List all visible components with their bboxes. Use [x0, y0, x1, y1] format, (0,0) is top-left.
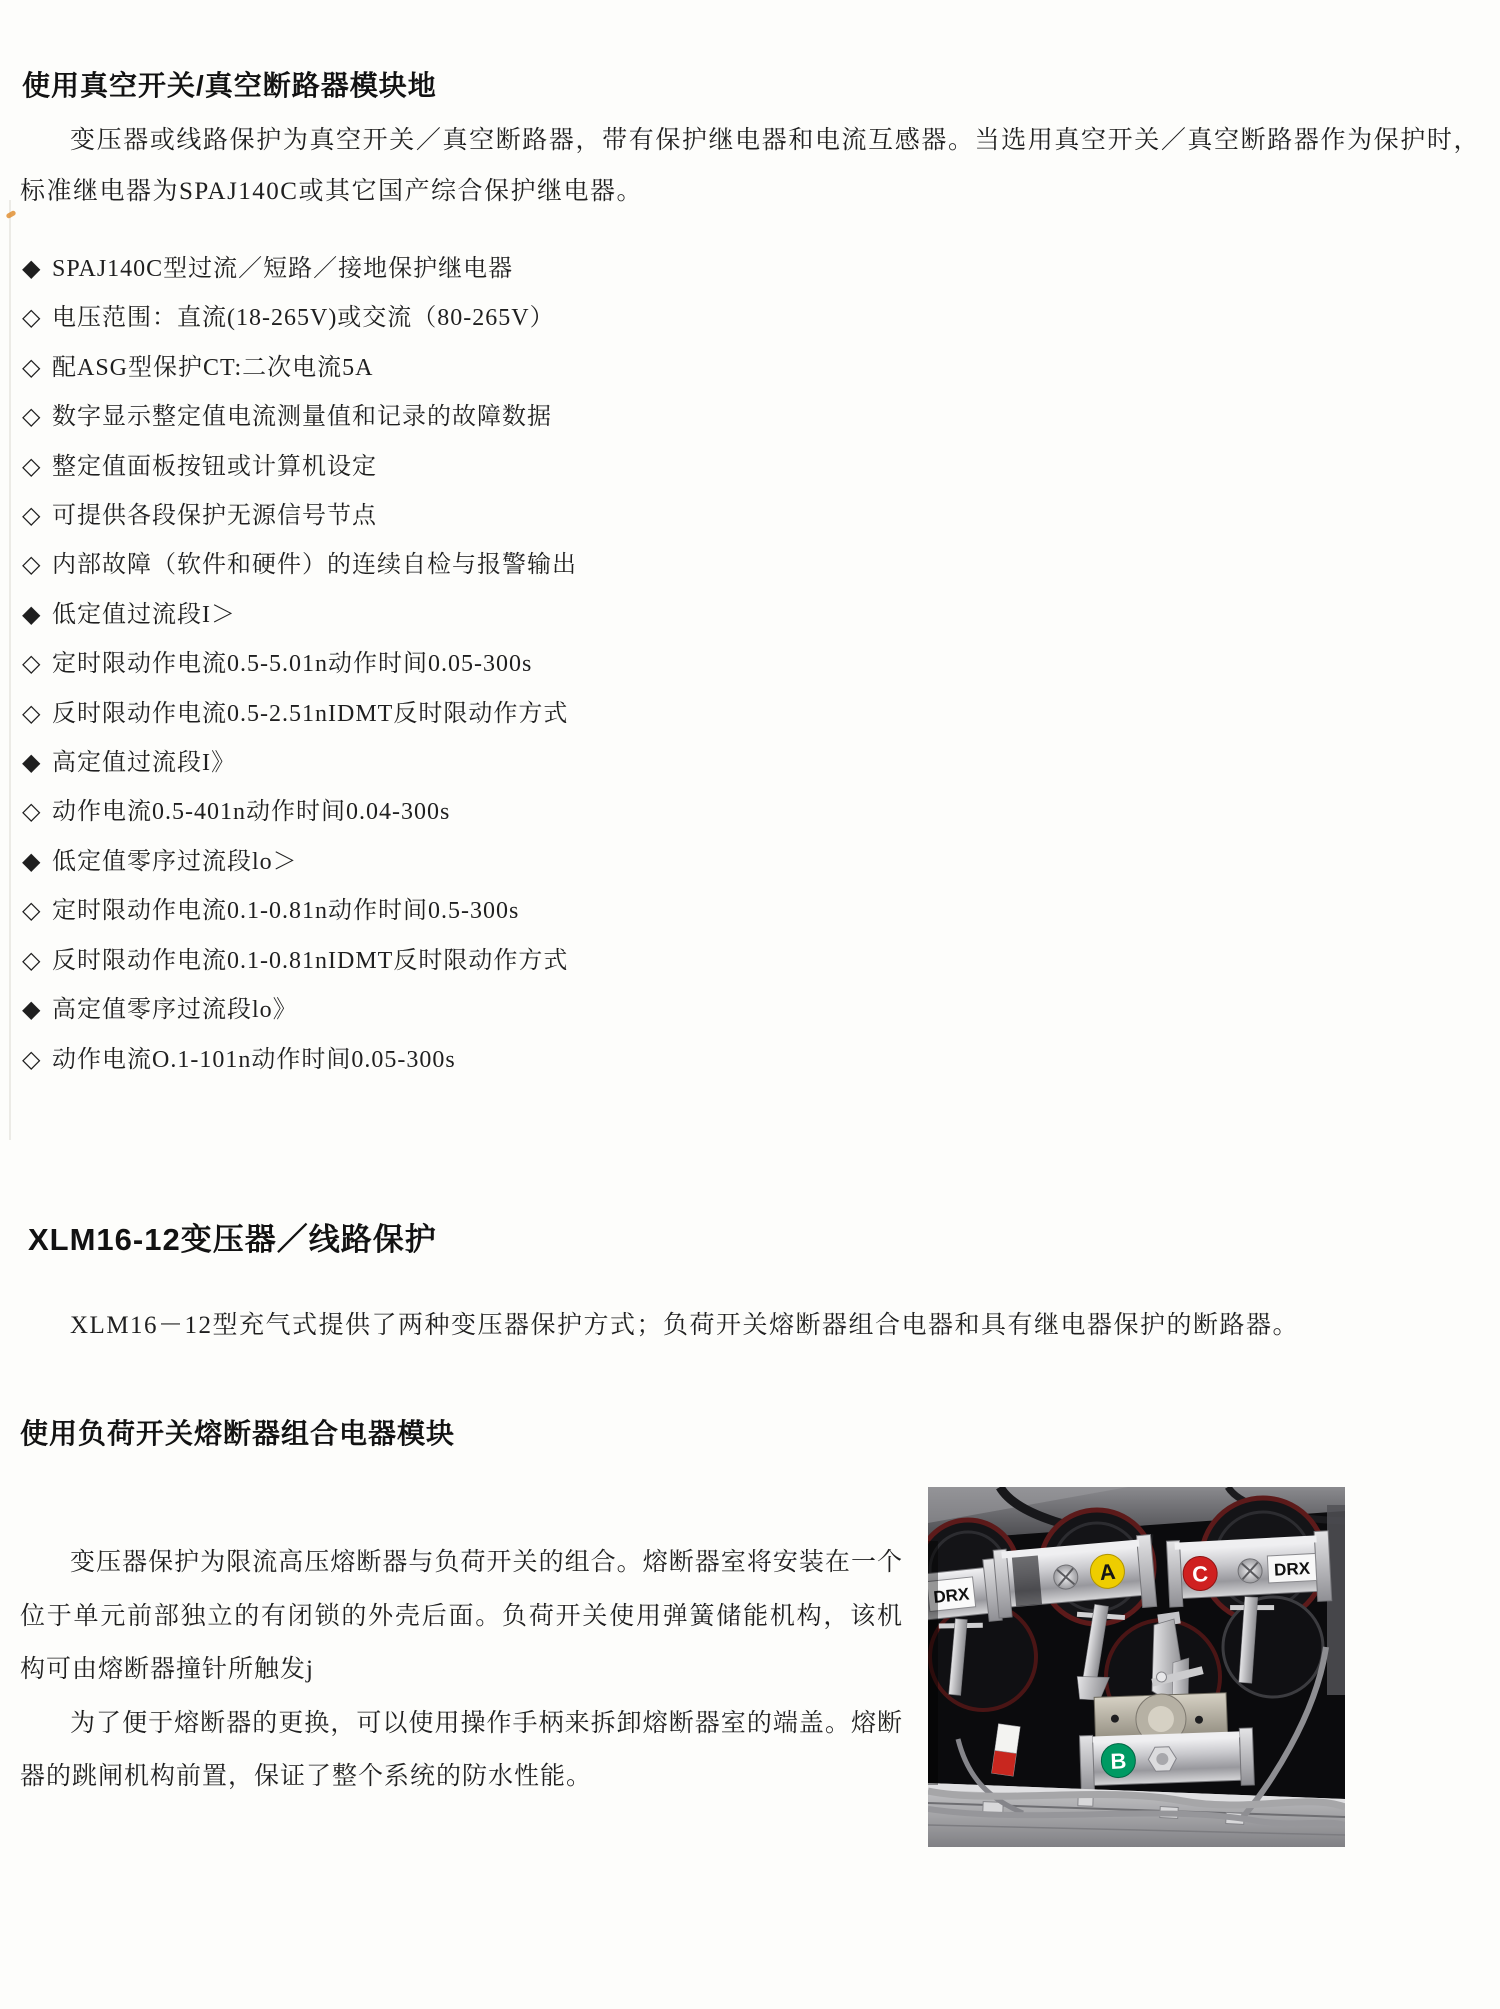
- phase-a-letter: A: [1098, 1559, 1116, 1585]
- fuse-compartment-photo: DRX A: [928, 1487, 1345, 1847]
- drx-label-right: DRX: [1274, 1559, 1311, 1580]
- phase-b-letter: B: [1110, 1748, 1127, 1774]
- spec-item: ◇反时限动作电流0.1-0.81nIDMT反时限动作方式: [22, 937, 577, 986]
- spec-item: ◇反时限动作电流0.5-2.51nIDMT反时限动作方式: [22, 690, 577, 739]
- spec-text: 电压范围：直流(18-265V)或交流（80-265V）: [52, 305, 555, 331]
- spec-text: 数字显示整定值电流测量值和记录的故障数据: [52, 404, 552, 430]
- diamond-filled-icon: ◆: [22, 739, 52, 788]
- section-title-fuse-module: 使用负荷开关熔断器组合电器模块: [20, 1412, 455, 1452]
- spec-text: 反时限动作电流0.5-2.51nIDMT反时限动作方式: [52, 701, 568, 727]
- spec-item: ◆低定值零序过流段lo＞: [22, 838, 577, 887]
- diamond-filled-icon: ◆: [22, 838, 52, 887]
- diamond-hollow-icon: ◇: [22, 640, 52, 689]
- spec-item: ◆低定值过流段I＞: [22, 591, 577, 640]
- equipment-photo: DRX A: [928, 1487, 1345, 1847]
- spec-item: ◇内部故障（软件和硬件）的连续自检与报警输出: [22, 541, 577, 590]
- spec-text: 内部故障（软件和硬件）的连续自检与报警输出: [52, 552, 577, 578]
- spec-item: ◇动作电流O.1-101n动作时间0.05-300s: [22, 1036, 577, 1085]
- phase-c-letter: C: [1192, 1561, 1209, 1587]
- spec-text: 低定值过流段I＞: [52, 602, 236, 628]
- diamond-hollow-icon: ◇: [22, 1036, 52, 1085]
- spec-item: ◆高定值过流段I》: [22, 739, 577, 788]
- spec-text: 可提供各段保护无源信号节点: [52, 503, 377, 529]
- xlm16-12-paragraph: XLM16－12型充气式提供了两种变压器保护方式；负荷开关熔断器组合电器和具有继…: [20, 1300, 1480, 1351]
- diamond-hollow-icon: ◇: [22, 690, 52, 739]
- spec-item: ◇配ASG型保护CT:二次电流5A: [22, 344, 577, 393]
- spec-item: ◇整定值面板按钮或计算机设定: [22, 443, 577, 492]
- spec-text: 动作电流O.1-101n动作时间0.05-300s: [52, 1047, 456, 1073]
- photo-left-shadow: [928, 1541, 938, 1785]
- diamond-hollow-icon: ◇: [22, 541, 52, 590]
- scan-artifact-mark: [5, 210, 16, 219]
- spec-text: 定时限动作电流0.5-5.01n动作时间0.05-300s: [52, 651, 532, 677]
- diamond-filled-icon: ◆: [22, 591, 52, 640]
- spec-text: 定时限动作电流0.1-0.81n动作时间0.5-300s: [52, 898, 519, 924]
- section-title-xlm16-12: XLM16-12变压器／线路保护: [28, 1214, 437, 1259]
- spec-text: 整定值面板按钮或计算机设定: [52, 454, 377, 480]
- diamond-filled-icon: ◆: [22, 986, 52, 1035]
- relay-spec-list: ◆SPAJ140C型过流／短路／接地保护继电器 ◇电压范围：直流(18-265V…: [22, 245, 577, 1085]
- section-title-vacuum-module: 使用真空开关/真空断路器模块地: [22, 64, 437, 104]
- spec-text: 高定值过流段I》: [52, 750, 236, 776]
- diamond-hollow-icon: ◇: [22, 294, 52, 343]
- spec-item: ◇定时限动作电流0.5-5.01n动作时间0.05-300s: [22, 640, 577, 689]
- diamond-hollow-icon: ◇: [22, 492, 52, 541]
- diamond-hollow-icon: ◇: [22, 443, 52, 492]
- spec-item: ◇电压范围：直流(18-265V)或交流（80-265V）: [22, 294, 577, 343]
- diamond-hollow-icon: ◇: [22, 937, 52, 986]
- spec-text: 高定值零序过流段lo》: [52, 997, 298, 1023]
- diamond-hollow-icon: ◇: [22, 344, 52, 393]
- spec-text: SPAJ140C型过流／短路／接地保护继电器: [52, 256, 513, 282]
- drx-label-left: DRX: [933, 1584, 971, 1607]
- fuse-module-text: 变压器保护为限流高压熔断器与负荷开关的组合。熔断器室将安装在一个位于单元前部独立…: [20, 1536, 903, 1804]
- diamond-filled-icon: ◆: [22, 245, 52, 294]
- fuse-module-paragraph-2: 为了便于熔断器的更换，可以使用操作手柄来拆卸熔断器室的端盖。熔断器的跳闸机构前置…: [20, 1697, 903, 1804]
- spec-item: ◆高定值零序过流段lo》: [22, 986, 577, 1035]
- spec-item: ◆SPAJ140C型过流／短路／接地保护继电器: [22, 245, 577, 294]
- spec-text: 反时限动作电流0.1-0.81nIDMT反时限动作方式: [52, 948, 568, 974]
- spec-item: ◇数字显示整定值电流测量值和记录的故障数据: [22, 393, 577, 442]
- spec-text: 低定值零序过流段lo＞: [52, 849, 298, 875]
- spec-text: 动作电流0.5-401n动作时间0.04-300s: [52, 799, 450, 825]
- vacuum-module-paragraph: 变压器或线路保护为真空开关／真空断路器，带有保护继电器和电流互感器。当选用真空开…: [20, 115, 1480, 217]
- scan-artifact-line: [9, 200, 11, 1140]
- diamond-hollow-icon: ◇: [22, 788, 52, 837]
- diamond-hollow-icon: ◇: [22, 393, 52, 442]
- catalog-page: 使用真空开关/真空断路器模块地 变压器或线路保护为真空开关／真空断路器，带有保护…: [0, 0, 1500, 2009]
- spec-item: ◇定时限动作电流0.1-0.81n动作时间0.5-300s: [22, 887, 577, 936]
- spec-item: ◇可提供各段保护无源信号节点: [22, 492, 577, 541]
- spec-item: ◇动作电流0.5-401n动作时间0.04-300s: [22, 788, 577, 837]
- fuse-module-paragraph-1: 变压器保护为限流高压熔断器与负荷开关的组合。熔断器室将安装在一个位于单元前部独立…: [20, 1536, 903, 1697]
- spec-text: 配ASG型保护CT:二次电流5A: [52, 355, 373, 381]
- diamond-hollow-icon: ◇: [22, 887, 52, 936]
